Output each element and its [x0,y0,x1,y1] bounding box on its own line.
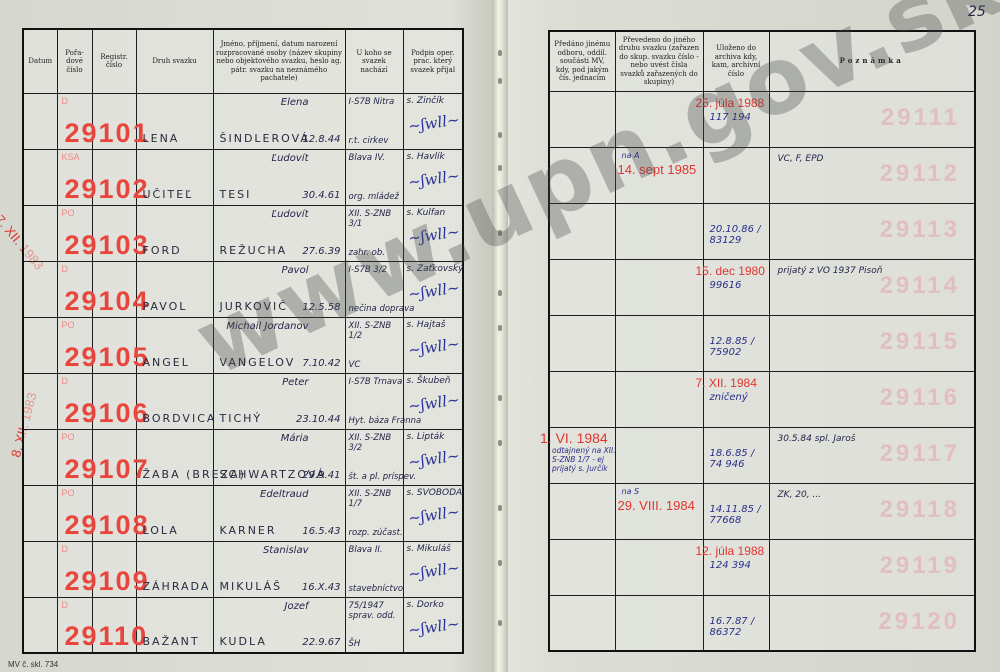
conversion-stamp: 14. sept 1985 [618,162,697,177]
cell-prevedeno [615,371,703,427]
note: prijatý z VO 1937 Pisoň [778,266,883,276]
signature: ~ʃwll~ [406,390,460,415]
bleed-through-number: 29117 [880,440,960,468]
transfer-note: odtajnený na XII. S-ZNB 1/7 - ej prijatý… [552,446,616,473]
cell-poznamka: prijatý z VO 1937 Pisoň29114 [769,259,975,315]
first-name: Stanislav [263,545,309,556]
category-mark: PO [62,432,75,442]
cell-jmeno: ĽudovítTESI30.4.61 [213,149,345,205]
first-name: Pavol [282,265,309,276]
conversion-note: na A [622,151,640,160]
cell-poznamka: 29116 [769,371,975,427]
date-of-birth: 16.5.43 [302,526,340,537]
cell-poznamka: 29115 [769,315,975,371]
header-poradove-cislo: Pořa-dové číslo [57,29,92,93]
cell-jmeno: StanislavMIKULÁŠ16.X.43 [213,541,345,597]
date-of-birth: 29.9.41 [302,470,340,481]
file-codename: PAVOL [143,300,188,313]
cell-u-koho: XII. S-ZNB 3/2št. a pl. príspev. [345,429,403,485]
bleed-through-number: 29114 [880,272,960,300]
surname: TICHÝ [220,412,263,425]
cell-jmeno: PeterTICHÝ23.10.44 [213,373,345,429]
surname: VANGELOV [220,356,296,369]
header-podpis: Podpis oper. prac. který svazek přijal [403,29,463,93]
cell-jmeno: ElenaŠINDLEROVÁ12.8.44 [213,93,345,149]
holding-unit: 75/1947 sprav. odd. [349,601,403,621]
category-mark: D [62,544,69,554]
cell-poznamka: 29120 [769,595,975,651]
cell-u-koho: XII. S-ZNB 1/2VC [345,317,403,373]
surname: JURKOVIČ [220,300,288,313]
table-row: D29110BAŽANTJozefKUDLA22.9.6775/1947 spr… [23,597,463,653]
cell-druh: BAŽANT [136,597,213,653]
category-mark: D [62,376,69,386]
signature: ~ʃwll~ [406,278,460,303]
bleed-through-number: 29116 [880,384,960,412]
surname: MIKULÁŠ [220,580,283,593]
cell-registr: 29102 [92,149,136,205]
cell-predano [549,595,615,651]
cell-ulozeno: 14.11.85 / 77668 [703,483,769,539]
cell-podpis: s. Lipták~ʃwll~ [403,429,463,485]
first-name: Michail Jordanov [226,321,308,332]
table-row: D29106BORDVICAPeterTICHÝ23.10.44I-S7B Tr… [23,373,463,429]
form-footer: MV č. skl. 734 [8,660,58,669]
header-registr-cislo: Registr. číslo [92,29,136,93]
date-of-birth: 27.6.39 [302,246,340,257]
date-of-birth: 7.10.42 [302,358,340,369]
table-row: D29104PAVOLPavolJURKOVIČ12.5.58I-S7B 3/2… [23,261,463,317]
first-name: Peter [282,377,308,388]
cell-podpis: s. Škubeň~ʃwll~ [403,373,463,429]
archive-number: 12.8.85 / 75902 [710,336,768,358]
left-page: 7. XII. 1983 8. XII. 1983 Datum Pořa-dov… [0,0,492,672]
table-row: PO29103FORDĽudovítREŽUCHA27.6.39XII. S-Z… [23,205,463,261]
cell-poznamka: 29111 [769,91,975,147]
cell-registr: 29107 [92,429,136,485]
cell-datum [23,93,57,149]
cell-prevedeno [615,427,703,483]
file-codename: LOLA [143,524,179,537]
cell-predano: 1. VI. 1984odtajnený na XII. S-ZNB 1/7 -… [549,427,615,483]
archive-stamp: 25. júla 1988 [696,96,765,110]
cell-prevedeno [615,595,703,651]
holding-unit: XII. S-ZNB 1/2 [349,321,403,341]
file-codename: LENA [143,132,180,145]
cell-podpis: s. Zinčík~ʃwll~ [403,93,463,149]
cell-u-koho: Blava IV.org. mládež [345,149,403,205]
officer-name: s. SVOBODA [407,488,463,498]
bleed-through-number: 29115 [880,328,960,356]
archive-number: 16.7.87 / 86372 [710,616,768,638]
officer-name: s. Zinčík [407,96,444,106]
signature: ~ʃwll~ [406,446,460,471]
note: ZK, 20, ... [778,490,822,500]
archive-number: zničený [710,392,768,403]
register-table-right: Předáno jinému odboru, oddíl. součásti M… [548,30,976,652]
first-name: Jozef [285,601,309,612]
table-row: 15. dec 198099616prijatý z VO 1937 Pisoň… [549,259,975,315]
officer-name: s. Škubeň [407,376,451,386]
officer-name: s. Mikuláš [407,544,451,554]
cell-poznamka: ZK, 20, ...29118 [769,483,975,539]
cell-ulozeno: 16.7.87 / 86372 [703,595,769,651]
cell-ulozeno: 20.10.86 / 83129 [703,203,769,259]
category-mark: KSA [62,152,80,162]
cell-podpis: s. Dorko~ʃwll~ [403,597,463,653]
conversion-note: na S [622,487,640,496]
cell-ulozeno: 15. dec 198099616 [703,259,769,315]
cell-druh: UČITEĽ [136,149,213,205]
date-of-birth: 16.X.43 [302,582,341,593]
archive-number: 99616 [710,280,768,291]
cell-jmeno: EdeltraudKARNER16.5.43 [213,485,345,541]
cell-predano [549,147,615,203]
holding-unit: Blava IV. [349,153,403,163]
cell-datum [23,373,57,429]
cell-u-koho: I-S7B 3/2nečina doprava [345,261,403,317]
header-row: Předáno jinému odboru, oddíl. součásti M… [549,31,975,91]
file-codename: ZÁHRADA [143,580,211,593]
first-name: Edeltraud [260,489,308,500]
cell-datum [23,541,57,597]
cell-jmeno: PavolJURKOVIČ12.5.58 [213,261,345,317]
table-row: na A14. sept 1985VC, F, EPD29112 [549,147,975,203]
header-ulozeno: Uloženo do archiva kdy, kam, archivní čí… [703,31,769,91]
file-codename: BORDVICA [143,412,217,425]
table-row: 1. VI. 1984odtajnený na XII. S-ZNB 1/7 -… [549,427,975,483]
note: 30.5.84 spl. Jaroš [778,434,856,444]
cell-ulozeno [703,147,769,203]
cell-registr: 29106 [92,373,136,429]
surname: KARNER [220,524,277,537]
table-row: na S29. VIII. 198414.11.85 / 77668ZK, 20… [549,483,975,539]
cell-predano [549,259,615,315]
header-jmeno: Jméno, příjmení, datum narození rozpraco… [213,29,345,93]
holding-unit: I-S7B 3/2 [349,265,403,275]
signature: ~ʃwll~ [406,558,460,583]
header-poznamka: Poznámka [769,31,975,91]
cell-podpis: s. Zaťkovský~ʃwll~ [403,261,463,317]
category-mark: PO [62,208,75,218]
officer-name: s. Hajtaš [407,320,446,330]
bleed-through-number: 29111 [881,104,960,132]
holding-note: VC [349,360,361,370]
table-row: D29101LENAElenaŠINDLEROVÁ12.8.44I-S7B Ni… [23,93,463,149]
cell-druh: BORDVICA [136,373,213,429]
bleed-through-number: 29120 [878,608,960,636]
signature: ~ʃwll~ [406,334,460,359]
archive-number: 124 394 [710,560,768,571]
header-druh-svazku: Druh svazku [136,29,213,93]
date-of-birth: 12.8.44 [302,134,340,145]
cell-ulozeno: 12.8.85 / 75902 [703,315,769,371]
cell-podpis: s. Mikuláš~ʃwll~ [403,541,463,597]
table-row: PO29105ANGELMichail JordanovVANGELOV7.10… [23,317,463,373]
cell-poznamka: 29119 [769,539,975,595]
cell-registr: 29110 [92,597,136,653]
cell-predano [549,371,615,427]
cell-prevedeno [615,259,703,315]
cell-datum [23,597,57,653]
book-spread: 7. XII. 1983 8. XII. 1983 Datum Pořa-dov… [0,0,1000,672]
header-predano: Předáno jinému odboru, oddíl. součásti M… [549,31,615,91]
cell-ulozeno: 18.6.85 / 74 946 [703,427,769,483]
cell-druh: LENA [136,93,213,149]
signature: ~ʃwll~ [406,166,460,191]
cell-datum [23,485,57,541]
book-spine [492,0,508,672]
officer-name: s. Zaťkovský [407,264,464,274]
cell-druh: LOLA [136,485,213,541]
cell-poznamka: 30.5.84 spl. Jaroš29117 [769,427,975,483]
cell-registr: 29103 [92,205,136,261]
file-codename: FORD [143,244,182,257]
holding-unit: I-S7B Trnava [349,377,403,387]
first-name: Ľudovít [272,153,309,164]
cell-datum [23,317,57,373]
cell-datum [23,149,57,205]
date-of-birth: 12.5.58 [302,302,340,313]
table-row: 20.10.86 / 8312929113 [549,203,975,259]
table-row: KSA29102UČITEĽĽudovítTESI30.4.61Blava IV… [23,149,463,205]
cell-predano [549,315,615,371]
cell-u-koho: I-S7B TrnavaHyt. báza Franna [345,373,403,429]
right-page: Předáno jinému odboru, oddíl. součásti M… [508,0,1000,672]
cell-druh: FORD [136,205,213,261]
first-name: Elena [281,97,309,108]
cell-jmeno: ĽudovítREŽUCHA27.6.39 [213,205,345,261]
cell-u-koho: Blava II.stavebníctvo [345,541,403,597]
header-datum: Datum [23,29,57,93]
register-table-left: Datum Pořa-dové číslo Registr. číslo Dru… [22,28,464,654]
officer-name: s. Kulfan [407,208,446,218]
surname: ŠINDLEROVÁ [220,132,310,145]
cell-registr: 29105 [92,317,136,373]
header-prevedeno: Převedeno do jiného druhu svazku (zařaze… [615,31,703,91]
archive-number: 18.6.85 / 74 946 [710,448,768,470]
cell-registr: 29104 [92,261,136,317]
cell-ulozeno: 7. XII. 1984zničený [703,371,769,427]
cell-u-koho: XII. S-ZNB 1/7rozp. zúčast. [345,485,403,541]
officer-name: s. Havlík [407,152,445,162]
holding-note: stavebníctvo [349,584,404,594]
archive-number: 20.10.86 / 83129 [710,224,768,246]
table-row: D29109ZÁHRADAStanislavMIKULÁŠ16.X.43Blav… [23,541,463,597]
table-row: 12.8.85 / 7590229115 [549,315,975,371]
date-of-birth: 23.10.44 [296,414,341,425]
cell-registr: 29108 [92,485,136,541]
category-mark: D [62,96,69,106]
cell-druh: ZÁHRADA [136,541,213,597]
table-row: PO29107ŽABA (BREZA)MáriaSCHWARTZOVÁ29.9.… [23,429,463,485]
surname: KUDLA [220,635,267,648]
holding-note: zahr. ob. [349,248,385,258]
table-row: 25. júla 1988117 19429111 [549,91,975,147]
category-mark: PO [62,488,75,498]
cell-poznamka: 29113 [769,203,975,259]
cell-prevedeno [615,91,703,147]
category-mark: PO [62,320,75,330]
bleed-through-number: 29119 [880,552,960,580]
date-of-birth: 30.4.61 [302,190,340,201]
holding-unit: XII. S-ZNB 3/2 [349,433,403,453]
cell-datum [23,429,57,485]
signature: ~ʃwll~ [406,614,460,639]
cell-predano [549,91,615,147]
holding-unit: Blava II. [349,545,403,555]
holding-note: ŠH [349,639,361,649]
surname: TESI [220,188,252,201]
surname: REŽUCHA [220,244,288,257]
cell-druh: PAVOL [136,261,213,317]
archive-number: 117 194 [710,112,768,123]
category-mark: D [62,600,69,610]
bleed-through-number: 29113 [880,216,960,244]
archive-stamp: 7. XII. 1984 [696,376,757,390]
bleed-through-number: 29112 [880,160,960,188]
table-row: 12. júla 1988124 39429119 [549,539,975,595]
archive-stamp: 15. dec 1980 [696,264,765,278]
holding-note: r.t. cirkev [349,136,389,146]
header-u-koho: U koho se svazek nachází [345,29,403,93]
bleed-through-number: 29118 [880,496,960,524]
cell-podpis: s. SVOBODA~ʃwll~ [403,485,463,541]
cell-ulozeno: 25. júla 1988117 194 [703,91,769,147]
cell-prevedeno [615,203,703,259]
cell-druh: ANGEL [136,317,213,373]
holding-unit: XII. S-ZNB 1/7 [349,489,403,509]
archive-stamp: 12. júla 1988 [696,544,765,558]
table-row: PO29108LOLAEdeltraudKARNER16.5.43XII. S-… [23,485,463,541]
signature: ~ʃwll~ [406,502,460,527]
cell-predano [549,539,615,595]
cell-prevedeno [615,315,703,371]
cell-registr: 29101 [92,93,136,149]
holding-unit: XII. S-ZNB 3/1 [349,209,403,229]
cell-predano [549,203,615,259]
cell-u-koho: I-S7B Nitrar.t. cirkev [345,93,403,149]
cell-datum [23,205,57,261]
holding-unit: I-S7B Nitra [349,97,403,107]
table-row: 16.7.87 / 8637229120 [549,595,975,651]
signature: ~ʃwll~ [406,110,460,135]
cell-prevedeno: na A14. sept 1985 [615,147,703,203]
category-mark: D [62,264,69,274]
first-name: Mária [281,433,309,444]
conversion-stamp: 29. VIII. 1984 [618,498,695,513]
holding-note: org. mládež [349,192,399,202]
cell-jmeno: Michail JordanovVANGELOV7.10.42 [213,317,345,373]
file-codename: UČITEĽ [143,188,194,201]
cell-jmeno: MáriaSCHWARTZOVÁ29.9.41 [213,429,345,485]
cell-u-koho: 75/1947 sprav. odd.ŠH [345,597,403,653]
officer-name: s. Lipták [407,432,445,442]
cell-podpis: s. Havlík~ʃwll~ [403,149,463,205]
cell-predano [549,483,615,539]
cell-datum [23,261,57,317]
cell-druh: ŽABA (BREZA) [136,429,213,485]
table-row: 7. XII. 1984zničený29116 [549,371,975,427]
date-of-birth: 22.9.67 [302,637,340,648]
file-codename: BAŽANT [143,635,200,648]
holding-note: rozp. zúčast. [349,528,403,538]
transfer-stamp: 1. VI. 1984 [540,430,608,446]
cell-jmeno: JozefKUDLA22.9.67 [213,597,345,653]
header-row: Datum Pořa-dové číslo Registr. číslo Dru… [23,29,463,93]
cell-ulozeno: 12. júla 1988124 394 [703,539,769,595]
first-name: Ľudovít [272,209,309,220]
file-codename: ANGEL [143,356,190,369]
note: VC, F, EPD [778,154,824,164]
cell-poznamka: VC, F, EPD29112 [769,147,975,203]
cell-registr: 29109 [92,541,136,597]
officer-name: s. Dorko [407,600,444,610]
cell-prevedeno: na S29. VIII. 1984 [615,483,703,539]
signature: ~ʃwll~ [406,222,460,247]
cell-u-koho: XII. S-ZNB 3/1zahr. ob. [345,205,403,261]
cell-podpis: s. Hajtaš~ʃwll~ [403,317,463,373]
archive-number: 14.11.85 / 77668 [710,504,768,526]
cell-prevedeno [615,539,703,595]
cell-podpis: s. Kulfan~ʃwll~ [403,205,463,261]
